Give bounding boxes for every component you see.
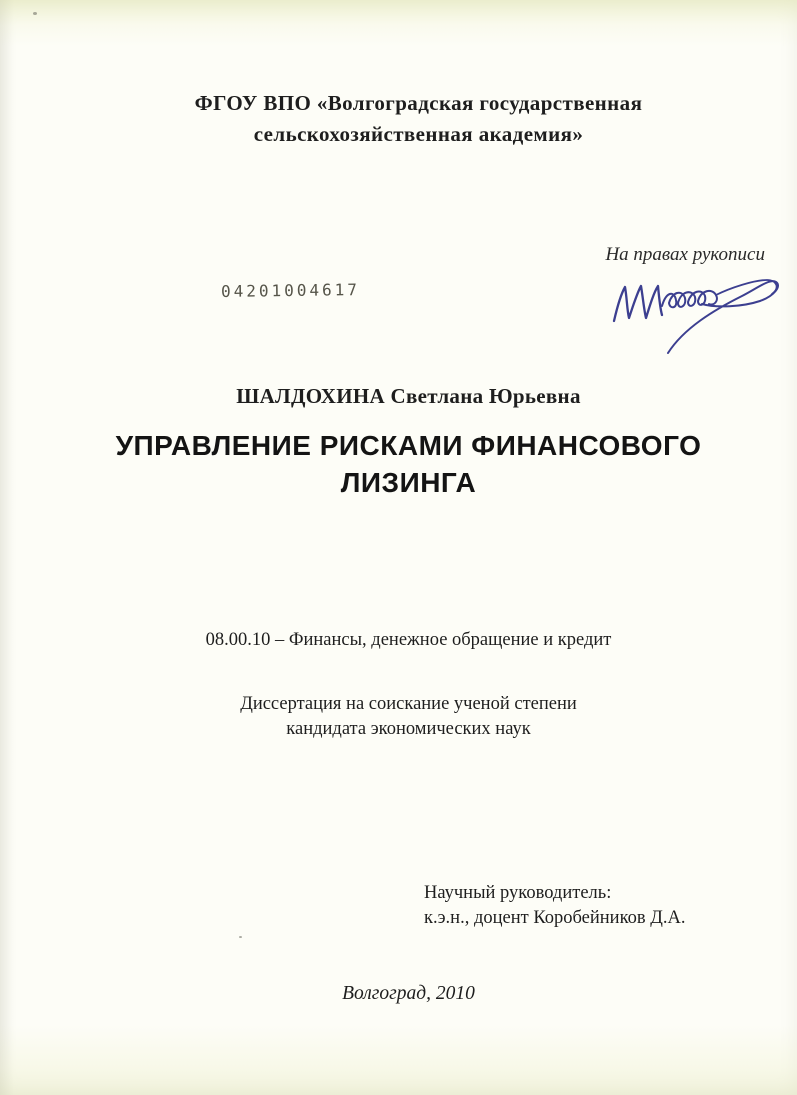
author-name: ШАЛДОХИНА Светлана Юрьевна [40, 384, 777, 409]
supervisor-block: Научный руководитель: к.э.н., доцент Кор… [424, 881, 685, 931]
supervisor-name: к.э.н., доцент Коробейников Д.А. [424, 906, 685, 931]
city-and-year: Волгоград, 2010 [40, 983, 777, 1005]
dissertation-title-line2: ЛИЗИНГА [40, 464, 777, 501]
scan-edge-tint-left [0, 0, 14, 1095]
supervisor-label: Научный руководитель: [424, 881, 685, 906]
dissertation-title: УПРАВЛЕНИЕ РИСКАМИ ФИНАНСОВОГО ЛИЗИНГА [40, 427, 777, 501]
degree-line1: Диссертация на соискание ученой степени [40, 692, 777, 717]
scan-edge-tint-top [0, 0, 797, 46]
scan-speck [33, 12, 37, 15]
specialty-code: 08.00.10 – Финансы, денежное обращение и… [40, 630, 777, 651]
institution-name: ФГОУ ВПО «Волгоградская государственная … [60, 88, 777, 150]
registration-number-stamp: 04201004617 [221, 280, 360, 301]
handwritten-signature [604, 258, 789, 368]
scan-speck [239, 936, 242, 938]
institution-line1: ФГОУ ВПО «Волгоградская государственная [60, 88, 777, 119]
institution-line2: сельскохозяйственная академия» [60, 119, 777, 150]
scan-edge-tint-bottom [0, 1025, 797, 1095]
dissertation-title-line1: УПРАВЛЕНИЕ РИСКАМИ ФИНАНСОВОГО [40, 427, 777, 464]
degree-statement: Диссертация на соискание ученой степени … [40, 692, 777, 742]
degree-line2: кандидата экономических наук [40, 717, 777, 742]
dissertation-title-page: ФГОУ ВПО «Волгоградская государственная … [0, 0, 797, 1095]
